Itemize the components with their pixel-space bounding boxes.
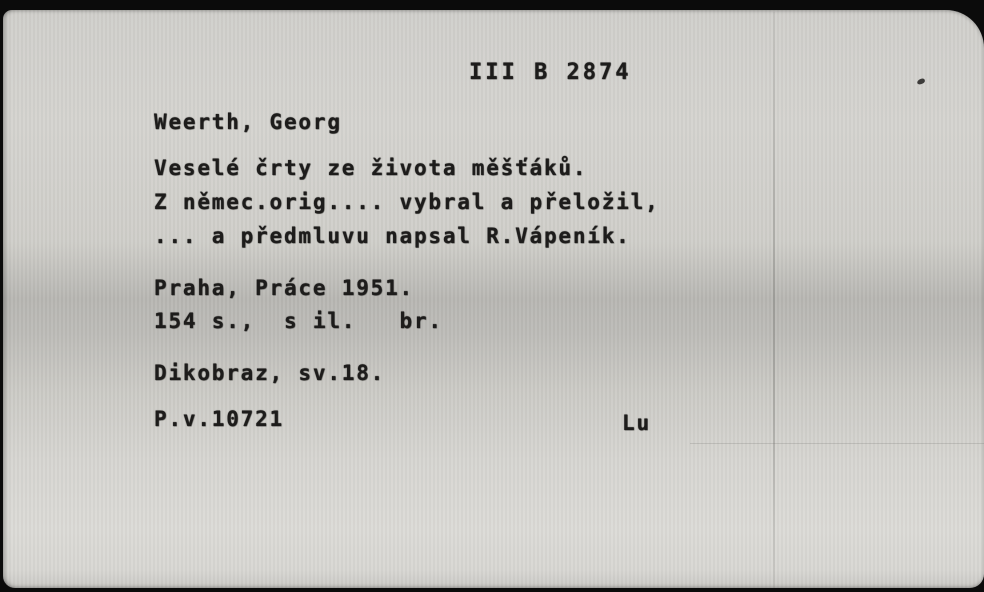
scanned-catalog-card-image: III B 2874 Weerth, Georg Veselé črty ze … (0, 0, 984, 592)
cataloguer-initials: Lu (622, 411, 651, 435)
collation-line: 154 s., s il. br. (154, 309, 443, 333)
accession-number: P.v.10721 (154, 407, 284, 431)
title-line-2: Z němec.orig.... vybral a přeložil, (154, 190, 660, 214)
title-line-1: Veselé črty ze života měšťáků. (154, 156, 587, 180)
imprint-line: Praha, Práce 1951. (154, 276, 414, 300)
vertical-fold-crease (773, 12, 775, 588)
call-number: III B 2874 (469, 60, 631, 85)
catalog-card: III B 2874 Weerth, Georg Veselé črty ze … (3, 10, 984, 588)
horizontal-crease (690, 443, 984, 444)
series-line: Dikobraz, sv.18. (154, 361, 385, 385)
title-line-3: ... a předmluvu napsal R.Vápeník. (154, 224, 631, 248)
author-heading: Weerth, Georg (154, 110, 342, 134)
